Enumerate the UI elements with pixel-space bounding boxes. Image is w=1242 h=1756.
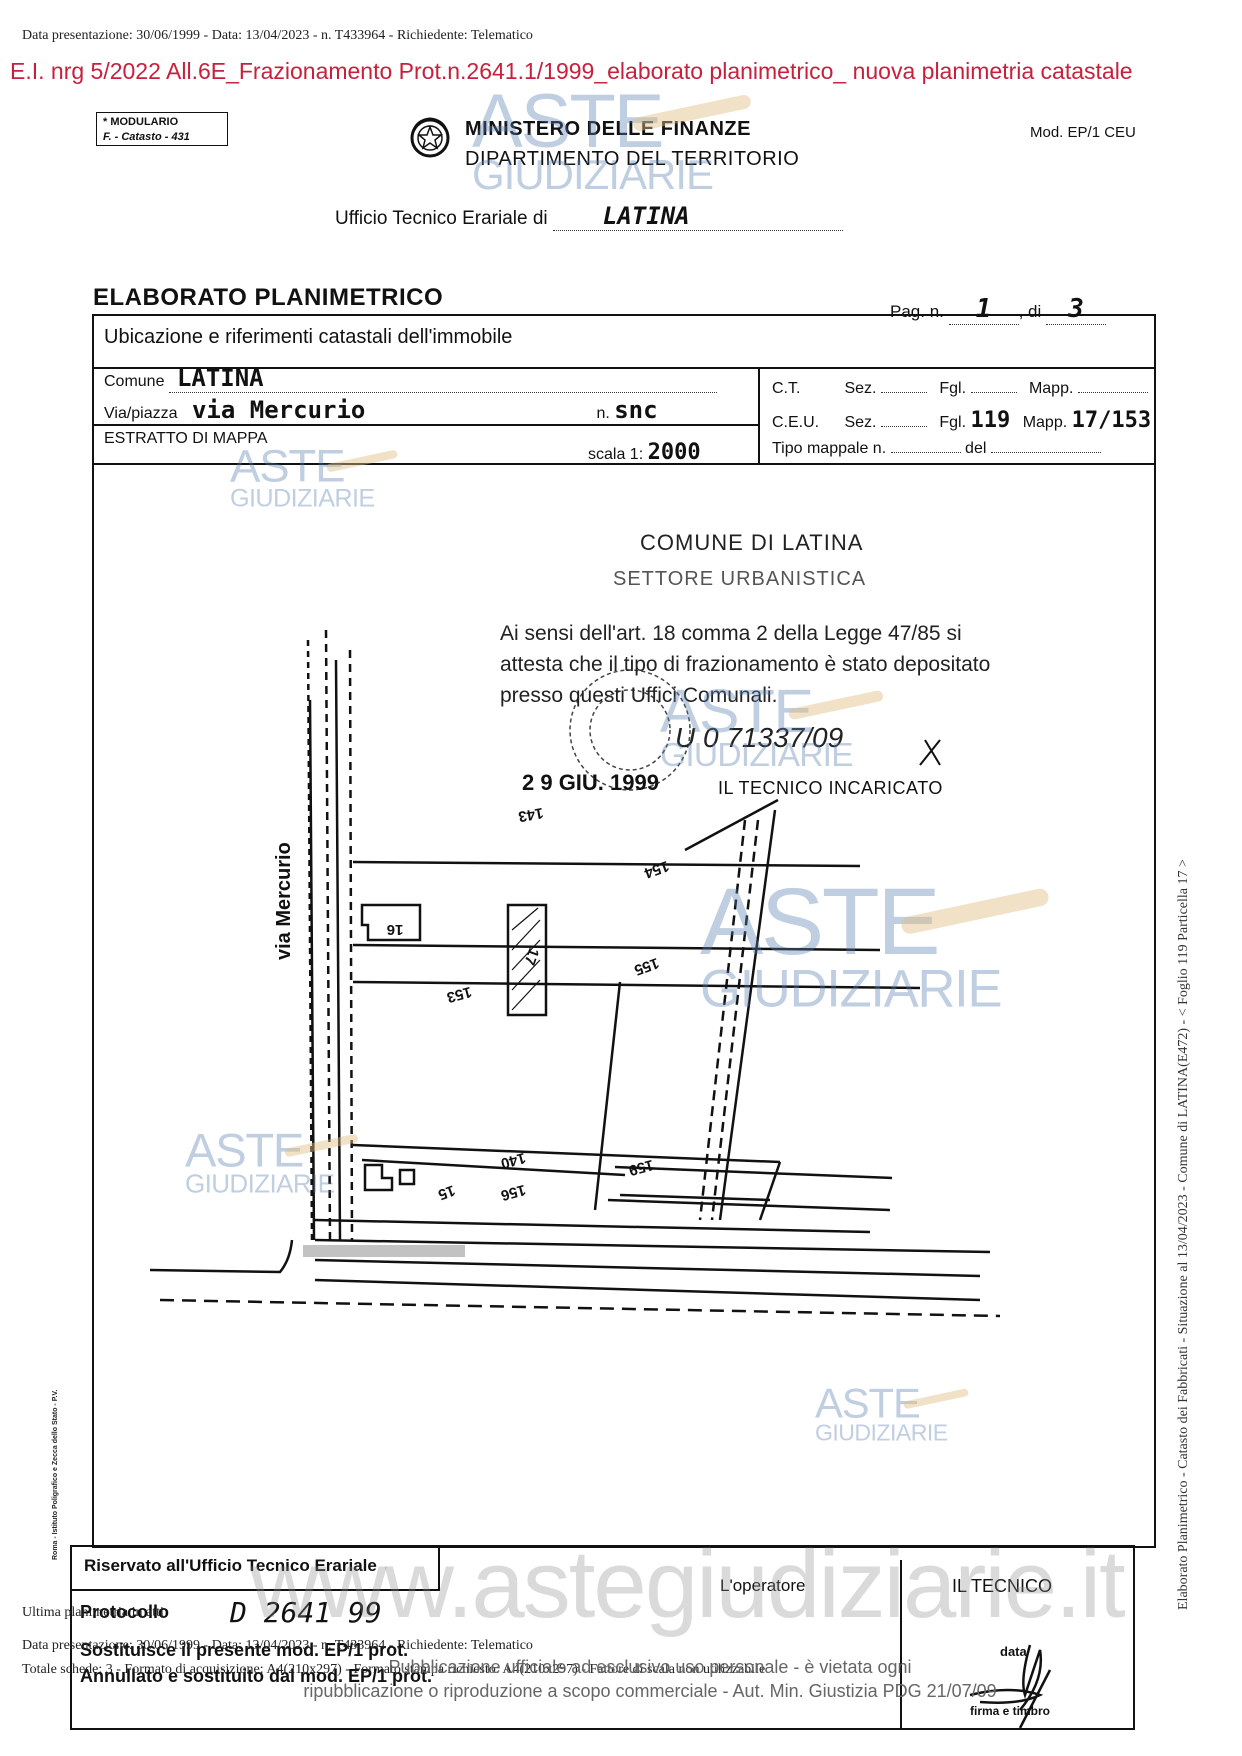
ceu-mapp-value: 17/153 [1072,408,1151,433]
scala-label: scala 1: [588,446,643,463]
ceu-fgl-value: 119 [971,408,1011,433]
modulario-box: * MODULARIO F. - Catasto - 431 [96,112,228,146]
modulario-line1: * MODULARIO [103,115,221,130]
ct-mapp-label: Mapp. [1029,380,1073,397]
parcel-label: 159 [627,1156,656,1179]
stamp-settore: SETTORE URBANISTICA [613,568,866,591]
watermark-logo: ASTEGIUDIZIARIE [700,880,1001,1013]
parcel-label: 153 [445,983,474,1006]
scala-value: 2000 [648,440,701,465]
italian-republic-emblem-icon [410,116,450,160]
scala-field: scala 1: 2000 [588,440,701,465]
comune-value: LATINA [169,364,717,393]
column-divider [758,369,760,465]
parcel-label: 156 [499,1181,528,1204]
parcel-label: 155 [632,954,661,979]
ufficio-value: LATINA [553,202,843,231]
ct-fgl-label: Fgl. [939,380,966,397]
stamp-comune: COMUNE DI LATINA [640,530,863,556]
watermark-logo: ASTEGIUDIZIARIE [230,446,375,510]
via-field: Via/piazza via Mercurio n. snc [104,396,684,425]
data-presentazione-footer: Data presentazione: 30/06/1999 - Data: 1… [22,1638,533,1654]
elaborato-title: ELABORATO PLANIMETRICO [93,284,443,312]
signature-mark-icon [920,740,940,765]
via-value: via Mercurio [182,396,592,425]
civico-label: n. [596,405,609,422]
parcel-label: 143 [517,804,545,825]
printer-imprint: Roma - Istituto Poligrafico e Zecca dell… [52,1390,59,1560]
ceu-mapp-label: Mapp. [1023,414,1067,431]
stamp-tecnico: IL TECNICO INCARICATO [718,778,943,799]
parcel-label: 154 [641,857,671,882]
del-label: del [965,440,986,457]
watermark-logo: ASTEGIUDIZIARIE [472,88,713,194]
ceu-row: C.E.U. Sez. Fgl. 119 Mapp. 17/153 [772,408,1159,433]
ceu-label: C.E.U. [772,414,832,432]
ct-row: C.T. Sez. Fgl. Mapp. [772,380,1156,398]
comune-label: Comune [104,373,164,390]
stamp-date: 2 9 GIU. 1999 [522,770,659,796]
tipo-label: Tipo mappale n. [772,440,886,457]
watermark-logo: ASTEGIUDIZIARIE [815,1385,948,1443]
watermark-logo: ASTEGIUDIZIARIE [660,685,853,770]
street-label: via Mercurio [273,842,295,960]
ceu-fgl-label: Fgl. [939,414,966,431]
tipo-mappale-row: Tipo mappale n. del [772,440,1101,458]
ct-sez-label: Sez. [844,380,876,397]
via-label: Via/piazza [104,405,178,422]
civico-value: snc [614,396,684,425]
publication-notice-line2: ripubblicazione o riproduzione a scopo c… [265,1679,1035,1703]
ufficio-line: Ufficio Tecnico Erariale di LATINA [335,202,843,231]
watermark-url: www.astegiudiziarie.it [250,1530,1124,1640]
parcel-label: 16 [387,921,404,938]
ct-label: C.T. [772,380,832,398]
presentation-header: Data presentazione: 30/06/1999 - Data: 1… [22,28,533,44]
side-catasto-text: Elaborato Planimetrico - Catasto dei Fab… [1176,859,1192,1610]
ufficio-label: Ufficio Tecnico Erariale di [335,208,548,229]
publication-notice: Pubblicazione ufficiale ad esclusivo uso… [265,1655,1035,1703]
modulario-line2: F. - Catasto - 431 [103,130,221,145]
row-divider [92,424,760,426]
parcel-label: 17 [520,946,542,967]
ubicazione-label: Ubicazione e riferimenti catastali dell'… [104,326,512,349]
model-code: Mod. EP/1 CEU [1030,124,1136,141]
watermark-logo: ASTEGIUDIZIARIE [185,1130,334,1196]
ultima-planimetria: Ultima planimetria in atti [22,1605,164,1621]
comune-field: Comune LATINA [104,364,717,393]
parcel-label: 15 [436,1181,457,1203]
ceu-sez-label: Sez. [844,414,876,431]
publication-notice-line1: Pubblicazione ufficiale ad esclusivo uso… [265,1655,1035,1679]
